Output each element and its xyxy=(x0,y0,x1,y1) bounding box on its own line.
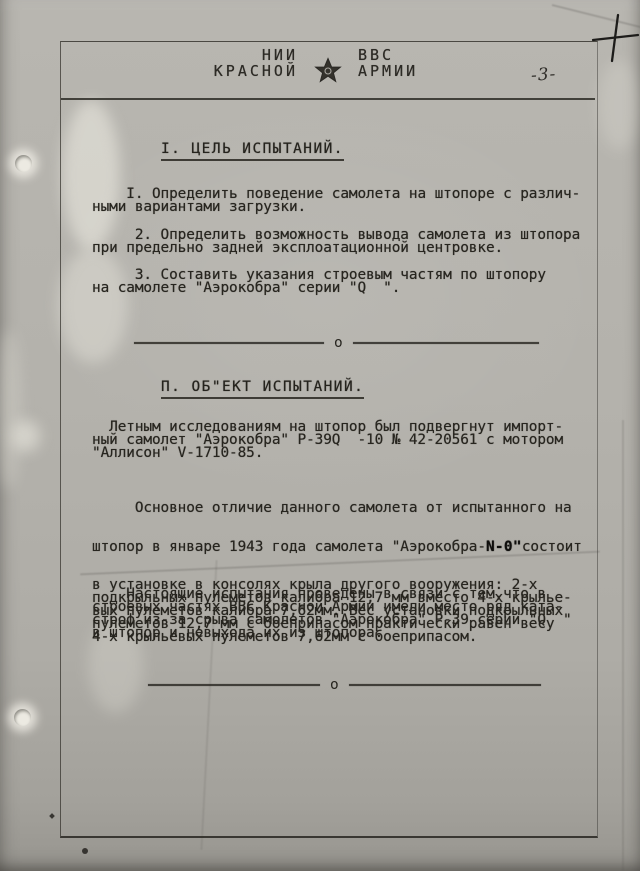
goal-item-3: 3. Составить указания строевым частям по… xyxy=(92,269,546,295)
para-line: штопор в январе 1943 года самолета "Аэро… xyxy=(92,541,582,554)
paper-stain xyxy=(598,60,640,150)
section1-title: I. ЦЕЛЬ ИСПЫТАНИЙ. xyxy=(161,142,344,161)
para-line: Основное отличие данного самолета от исп… xyxy=(92,502,582,515)
ink-speck xyxy=(49,813,55,819)
section2-title: П. ОБ"ЕКТ ИСПЫТАНИЙ. xyxy=(161,380,364,399)
divider-dash xyxy=(134,342,324,344)
paper-stain xyxy=(0,330,20,490)
para-test-object: Летным исследованиям на штопор был подве… xyxy=(92,421,563,460)
divider-ornament: о xyxy=(330,677,339,693)
red-army-star-icon xyxy=(298,48,358,85)
divider-1: о xyxy=(134,336,539,350)
page-number: -3- xyxy=(530,64,557,86)
ink-speck xyxy=(82,848,88,854)
divider-dash xyxy=(353,342,539,344)
goal-item-1: I. Определить поведение самолета на штоп… xyxy=(92,188,580,214)
org-line: КРАСНОЙ xyxy=(113,64,298,80)
para-reason: Настоящие испытания проведены в связи с … xyxy=(92,588,572,640)
org-header: НИИ КРАСНОЙ ВВС АРМИИ xyxy=(60,48,596,85)
para-line-segment: штопор в январе 1943 года самолета "Аэро… xyxy=(92,539,486,555)
para-line-segment: состоит xyxy=(522,539,582,555)
org-line: АРМИИ xyxy=(358,64,543,80)
punch-hole-top xyxy=(15,155,32,172)
divider-2: о xyxy=(148,678,541,692)
divider-dash xyxy=(148,684,320,686)
org-name-right: ВВС АРМИИ xyxy=(358,48,543,79)
divider-ornament: о xyxy=(334,335,343,351)
goal-item-2: 2. Определить возможность вывода самолет… xyxy=(92,229,580,255)
plus-pen-mark-icon xyxy=(590,12,640,64)
scanned-document-page: НИИ КРАСНОЙ ВВС АРМИИ -3- I. ЦЕЛЬ ИСПЫТА… xyxy=(0,0,640,871)
org-name-left: НИИ КРАСНОЙ xyxy=(113,48,298,79)
fold-crease xyxy=(622,420,624,871)
divider-dash xyxy=(349,684,541,686)
header-rule xyxy=(61,98,595,100)
overwrite-n0-mark: N-0" xyxy=(486,539,522,555)
punch-hole-bottom xyxy=(14,709,31,726)
